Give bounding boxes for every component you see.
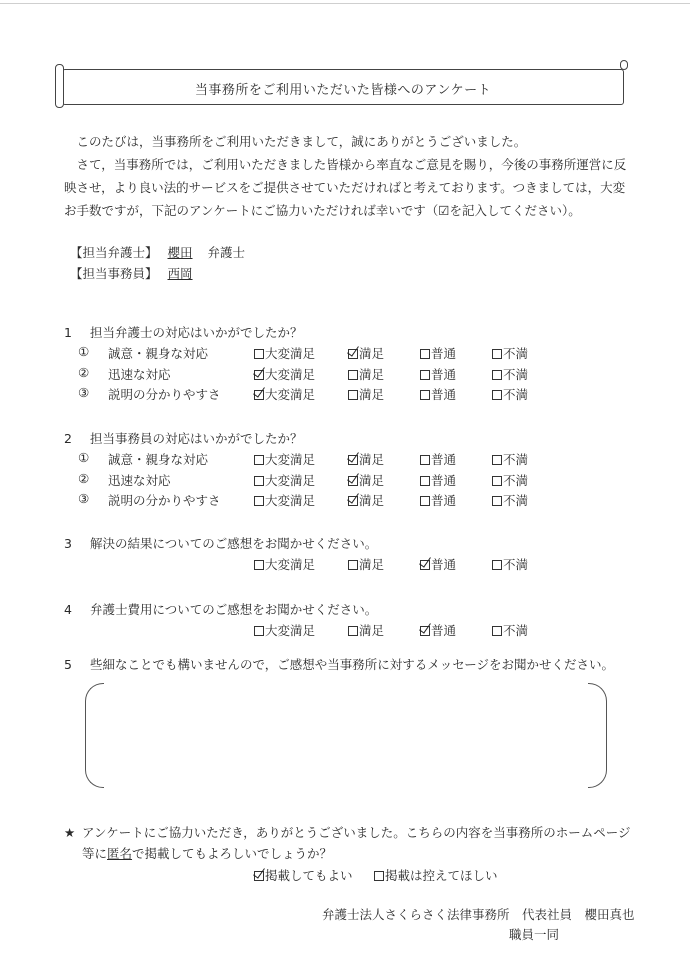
bracket-left	[85, 683, 104, 788]
clerk-name-field[interactable]: 西岡	[158, 263, 208, 284]
checkbox-icon[interactable]	[420, 390, 430, 400]
rating-row: ①誠意・親身な対応大変満足満足普通不満	[64, 448, 624, 469]
closing-line-1: アンケートにご協力いただき，ありがとうございました。こちらの内容を当事務所のホー…	[82, 822, 631, 843]
checkbox-icon[interactable]	[348, 626, 358, 636]
option-label: 満足	[359, 367, 384, 382]
option-label: 大変満足	[265, 387, 315, 402]
option-2[interactable]: 満足	[348, 450, 384, 468]
option-3[interactable]: 普通	[420, 471, 456, 489]
option-4[interactable]: 不満	[492, 621, 528, 639]
item-number: ①	[78, 450, 89, 465]
option-label: 満足	[359, 493, 384, 508]
closing-line-2: 等に匿名で掲載してもよろしいでしょうか？	[64, 843, 654, 864]
checkbox-icon[interactable]	[492, 476, 502, 486]
question-number: 3	[64, 536, 90, 551]
option-4[interactable]: 不満	[492, 385, 528, 403]
question-4: 4弁護士費用についてのご感想をお聞かせください。大変満足満足普通不満	[64, 599, 624, 640]
option-1[interactable]: 大変満足	[254, 471, 315, 489]
rating-row: ①誠意・親身な対応大変満足満足普通不満	[64, 342, 624, 363]
page-title: 当事務所をご利用いただいた皆様へのアンケート	[63, 79, 623, 98]
option-1[interactable]: 大変満足	[254, 491, 315, 509]
question-title: 担当事務員の対応はいかがでしたか？	[90, 429, 303, 447]
option-4[interactable]: 不満	[492, 491, 528, 509]
scroll-roll-right	[620, 60, 628, 70]
staff-info: 【担当弁護士】 櫻田 弁護士 【担当事務員】 西岡	[70, 242, 245, 284]
checkbox-icon[interactable]	[254, 560, 264, 570]
item-number: ①	[78, 344, 89, 359]
option-3[interactable]: 普通	[420, 344, 456, 362]
option-1[interactable]: 大変満足	[254, 365, 315, 383]
checkbox-icon[interactable]	[420, 370, 430, 380]
question-title: 解決の結果についてのご感想をお聞かせください。	[90, 534, 377, 552]
checkbox-icon[interactable]	[254, 476, 264, 486]
option-3[interactable]: 普通	[420, 450, 456, 468]
closing-line-2-post: で掲載してもよろしいでしょうか？	[132, 846, 332, 861]
option-1[interactable]: 大変満足	[254, 344, 315, 362]
checkbox-checked-icon[interactable]	[420, 626, 430, 636]
option-2[interactable]: 満足	[348, 471, 384, 489]
checkbox-checked-icon[interactable]	[348, 496, 358, 506]
option-2[interactable]: 満足	[348, 491, 384, 509]
option-label: 満足	[359, 557, 384, 572]
option-label: 満足	[359, 623, 384, 638]
message-field[interactable]	[85, 683, 607, 786]
option-3[interactable]: 普通	[420, 491, 456, 509]
option-label: 大変満足	[265, 473, 315, 488]
question-number: 4	[64, 602, 90, 617]
rating-row: ③説明の分かりやすさ大変満足満足普通不満	[64, 383, 624, 404]
signature-line-2: 職員一同	[509, 925, 559, 943]
question-title: 担当弁護士の対応はいかがでしたか？	[90, 323, 303, 341]
item-number: ③	[78, 385, 89, 400]
option-label: 普通	[431, 387, 456, 402]
option-2[interactable]: 満足	[348, 385, 384, 403]
checkbox-icon[interactable]	[492, 496, 502, 506]
intro-line-1: このたびは，当事務所をご利用いただきまして，誠にありがとうございました。	[64, 130, 634, 153]
bracket-right	[588, 683, 607, 788]
question-2: 2担当事務員の対応はいかがでしたか？①誠意・親身な対応大変満足満足普通不満②迅速…	[64, 428, 624, 510]
option-1[interactable]: 大変満足	[254, 621, 315, 639]
rating-row: 大変満足満足普通不満	[64, 553, 624, 574]
title-banner: 当事務所をご利用いただいた皆様へのアンケート	[62, 69, 624, 105]
lawyer-label: 【担当弁護士】	[70, 242, 158, 263]
clerk-label: 【担当事務員】	[70, 263, 158, 284]
checkbox-icon[interactable]	[254, 496, 264, 506]
intro-text: このたびは，当事務所をご利用いただきまして，誠にありがとうございました。 さて，…	[64, 130, 634, 222]
option-label: 満足	[359, 387, 384, 402]
option-label: 大変満足	[265, 623, 315, 638]
item-number: ②	[78, 365, 89, 380]
checkbox-icon[interactable]	[374, 871, 384, 881]
option-1[interactable]: 大変満足	[254, 385, 315, 403]
checkbox-checked-icon[interactable]	[254, 370, 264, 380]
checkbox-icon[interactable]	[492, 370, 502, 380]
option-1[interactable]: 大変満足	[254, 450, 315, 468]
option-label: 大変満足	[265, 557, 315, 572]
option-2[interactable]: 満足	[348, 344, 384, 362]
item-label: 説明の分かりやすさ	[108, 385, 221, 403]
option-3[interactable]: 普通	[420, 621, 456, 639]
checkbox-checked-icon[interactable]	[420, 560, 430, 570]
item-number: ②	[78, 471, 89, 486]
option-label: 普通	[431, 623, 456, 638]
option-label: 不満	[503, 493, 528, 508]
checkbox-icon[interactable]	[348, 560, 358, 570]
option-label: 満足	[359, 452, 384, 467]
item-label: 迅速な対応	[108, 365, 171, 383]
option-label: 不満	[503, 473, 528, 488]
question-3: 3解決の結果についてのご感想をお聞かせください。大変満足満足普通不満	[64, 533, 624, 574]
option-label: 不満	[503, 346, 528, 361]
checkbox-icon[interactable]	[348, 390, 358, 400]
lawyer-name-field[interactable]: 櫻田	[158, 242, 208, 263]
option-label: 満足	[359, 346, 384, 361]
checkbox-icon[interactable]	[492, 626, 502, 636]
question-number: 5	[64, 657, 90, 672]
question-title: 弁護士費用についてのご感想をお聞かせください。	[90, 600, 377, 618]
option-label: 満足	[359, 473, 384, 488]
option-2[interactable]: 満足	[348, 365, 384, 383]
option-3[interactable]: 普通	[420, 365, 456, 383]
item-label: 説明の分かりやすさ	[108, 491, 221, 509]
rating-row: ③説明の分かりやすさ大変満足満足普通不満	[64, 489, 624, 510]
option-4[interactable]: 不満	[492, 344, 528, 362]
option-label: 普通	[431, 452, 456, 467]
checkbox-icon[interactable]	[492, 455, 502, 465]
question-number: 1	[64, 325, 90, 340]
option-4[interactable]: 不満	[492, 450, 528, 468]
closing-text: ★ アンケートにご協力いただき，ありがとうございました。こちらの内容を当事務所の…	[64, 822, 654, 864]
signature-line-1: 弁護士法人さくらさく法律事務所 代表社員 櫻田真也	[322, 905, 635, 923]
intro-line-2: さて，当事務所では，ご利用いただきました皆様から率直なご意見を賜り，今後の事務所…	[64, 153, 634, 222]
checkbox-icon[interactable]	[254, 349, 264, 359]
option-4[interactable]: 不満	[492, 471, 528, 489]
star-icon: ★	[64, 822, 82, 843]
option-label: 不満	[503, 452, 528, 467]
checkbox-icon[interactable]	[420, 455, 430, 465]
lawyer-suffix: 弁護士	[208, 242, 246, 263]
page-edge	[0, 3, 690, 4]
anonymous-underlined: 匿名	[107, 846, 132, 861]
question-1: 1担当弁護士の対応はいかがでしたか？①誠意・親身な対応大変満足満足普通不満②迅速…	[64, 322, 624, 404]
checkbox-checked-icon[interactable]	[254, 871, 264, 881]
option-3[interactable]: 普通	[420, 555, 456, 573]
option-3[interactable]: 普通	[420, 385, 456, 403]
item-number: ③	[78, 491, 89, 506]
option-label: 大変満足	[265, 493, 315, 508]
option-label: 不満	[503, 623, 528, 638]
option-4[interactable]: 不満	[492, 365, 528, 383]
publish-yes-label: 掲載してもよい	[265, 868, 353, 883]
option-label: 大変満足	[265, 346, 315, 361]
question-number: 2	[64, 431, 90, 446]
option-label: 大変満足	[265, 452, 315, 467]
option-2[interactable]: 満足	[348, 621, 384, 639]
option-label: 普通	[431, 367, 456, 382]
option-label: 大変満足	[265, 367, 315, 382]
publish-no-option[interactable]: 掲載は控えてほしい	[374, 866, 498, 884]
closing-line-2-pre: 等に	[82, 846, 107, 861]
item-label: 迅速な対応	[108, 471, 171, 489]
item-label: 誠意・親身な対応	[108, 450, 208, 468]
item-label: 誠意・親身な対応	[108, 344, 208, 362]
checkbox-icon[interactable]	[348, 370, 358, 380]
option-1[interactable]: 大変満足	[254, 555, 315, 573]
option-label: 不満	[503, 367, 528, 382]
publish-yes-option[interactable]: 掲載してもよい	[254, 866, 353, 884]
option-label: 不満	[503, 557, 528, 572]
rating-row: ②迅速な対応大変満足満足普通不満	[64, 363, 624, 384]
option-label: 普通	[431, 493, 456, 508]
rating-row: 大変満足満足普通不満	[64, 619, 624, 640]
checkbox-icon[interactable]	[492, 349, 502, 359]
checkbox-icon[interactable]	[492, 560, 502, 570]
checkbox-icon[interactable]	[420, 496, 430, 506]
rating-row: ②迅速な対応大変満足満足普通不満	[64, 469, 624, 490]
checkbox-icon[interactable]	[492, 390, 502, 400]
question-5: 5 些細なことでも構いませんので，ご感想や当事務所に対するメッセージをお聞かせく…	[64, 654, 614, 674]
checkbox-icon[interactable]	[254, 626, 264, 636]
checkbox-icon[interactable]	[420, 476, 430, 486]
option-4[interactable]: 不満	[492, 555, 528, 573]
checkbox-icon[interactable]	[420, 349, 430, 359]
option-2[interactable]: 満足	[348, 555, 384, 573]
option-label: 不満	[503, 387, 528, 402]
checkbox-checked-icon[interactable]	[348, 455, 358, 465]
checkbox-icon[interactable]	[254, 455, 264, 465]
checkbox-checked-icon[interactable]	[254, 390, 264, 400]
option-label: 普通	[431, 346, 456, 361]
option-label: 普通	[431, 557, 456, 572]
option-label: 普通	[431, 473, 456, 488]
publish-no-label: 掲載は控えてほしい	[385, 868, 498, 883]
checkbox-checked-icon[interactable]	[348, 349, 358, 359]
checkbox-checked-icon[interactable]	[348, 476, 358, 486]
question-title: 些細なことでも構いませんので，ご感想や当事務所に対するメッセージをお聞かせくださ…	[90, 655, 614, 673]
